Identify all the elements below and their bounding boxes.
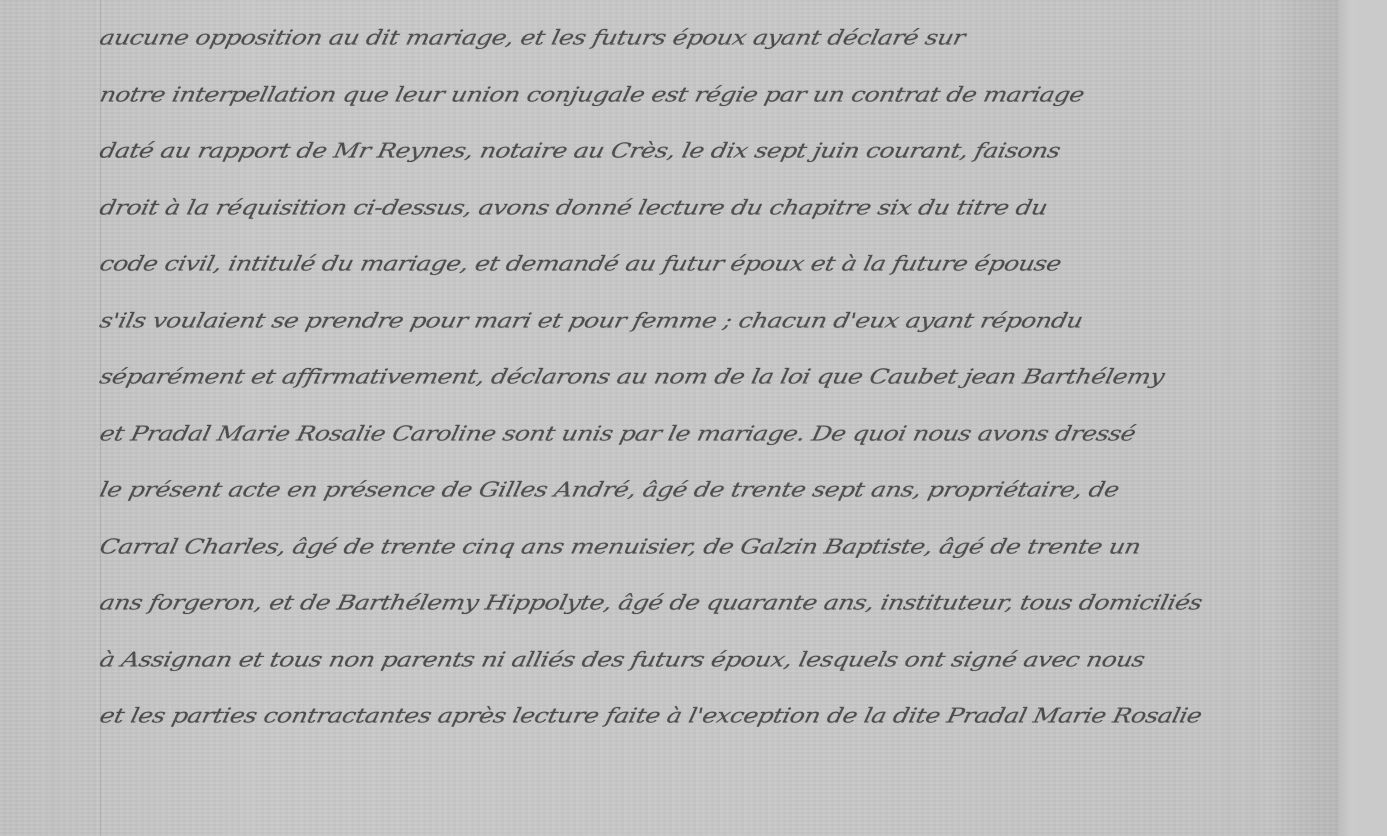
text-line-1: aucune opposition au dit mariage, et les… bbox=[94, 10, 1341, 67]
line-text: et Pradal Marie Rosalie Caroline sont un… bbox=[95, 411, 1140, 457]
line-text: notre interpellation que leur union conj… bbox=[95, 72, 1089, 118]
line-text: à Assignan et tous non parents ni alliés… bbox=[95, 637, 1149, 683]
page-edge-background bbox=[1338, 0, 1387, 836]
line-text: s'ils voulaient se prendre pour mari et … bbox=[95, 298, 1087, 344]
text-line-3: daté au rapport de Mr Reynes, notaire au… bbox=[94, 123, 1341, 180]
line-text: droit à la réquisition ci-dessus, avons … bbox=[95, 185, 1052, 231]
scanned-register-page: aucune opposition au dit mariage, et les… bbox=[0, 0, 1387, 836]
line-text: aucune opposition au dit mariage, et les… bbox=[95, 15, 969, 61]
text-line-10: Carral Charles, âgé de trente cinq ans m… bbox=[94, 519, 1341, 576]
text-line-2: notre interpellation que leur union conj… bbox=[94, 67, 1341, 124]
line-text: ans forgeron, et de Barthélemy Hippolyte… bbox=[95, 580, 1206, 626]
line-text: et les parties contractantes après lectu… bbox=[95, 693, 1206, 739]
text-line-12: à Assignan et tous non parents ni alliés… bbox=[94, 632, 1341, 689]
text-line-11: ans forgeron, et de Barthélemy Hippolyte… bbox=[94, 575, 1341, 632]
line-text: Carral Charles, âgé de trente cinq ans m… bbox=[95, 524, 1145, 570]
text-line-7: séparément et affirmativement, déclarons… bbox=[94, 349, 1341, 406]
line-text: code civil, intitulé du mariage, et dema… bbox=[95, 241, 1066, 287]
text-line-4: droit à la réquisition ci-dessus, avons … bbox=[94, 180, 1341, 237]
text-line-5: code civil, intitulé du mariage, et dema… bbox=[94, 236, 1341, 293]
text-line-6: s'ils voulaient se prendre pour mari et … bbox=[94, 293, 1341, 350]
line-text: daté au rapport de Mr Reynes, notaire au… bbox=[95, 128, 1065, 174]
line-text: le présent acte en présence de Gilles An… bbox=[95, 467, 1123, 513]
text-line-13: et les parties contractantes après lectu… bbox=[94, 688, 1341, 745]
paper-sheet: aucune opposition au dit mariage, et les… bbox=[0, 0, 1338, 836]
text-line-8: et Pradal Marie Rosalie Caroline sont un… bbox=[94, 406, 1341, 463]
handwritten-text-block: aucune opposition au dit mariage, et les… bbox=[100, 10, 1335, 745]
text-line-9: le présent acte en présence de Gilles An… bbox=[94, 462, 1341, 519]
line-text: séparément et affirmativement, déclarons… bbox=[95, 354, 1169, 400]
